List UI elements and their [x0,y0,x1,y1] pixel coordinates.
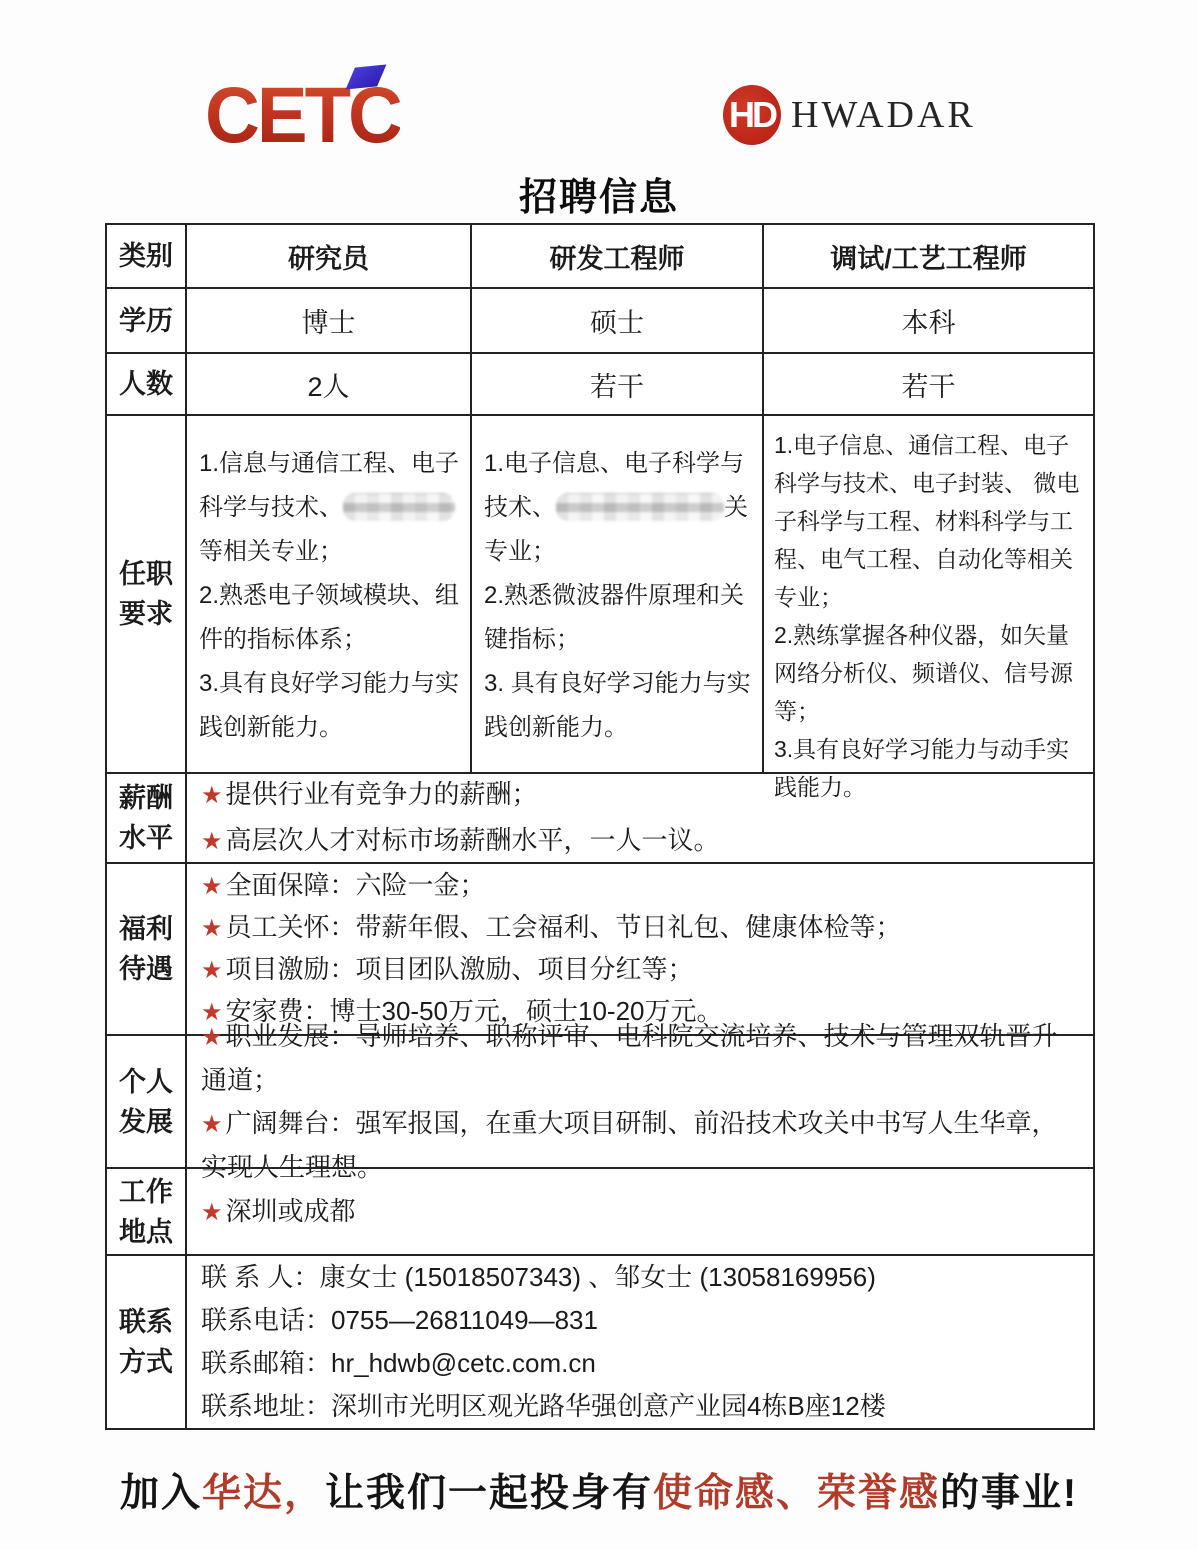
tagline-segment: 加入 [120,1472,202,1515]
table-row-benefits: 福利待遇 ★全面保障：六险一金； ★员工关怀：带薪年假、工会福利、节日礼包、健康… [107,862,1093,1034]
hwadar-logo: HD HWADAR [723,84,976,146]
requirement-item: 2.熟悉微波器件原理和关键指标； [484,574,754,662]
table-row-headcount: 人数 2人 若干 若干 [107,352,1093,414]
table-row-development: 个人发展 ★职业发展：导师培养、职称评审、电科院交流培养、技术与管理双轨晋升通道… [107,1034,1093,1167]
star-icon: ★ [201,1199,223,1226]
star-icon: ★ [201,828,223,855]
requirement-item: 2.熟悉电子领域模块、组件的指标体系； [199,574,462,662]
requirements-researcher: 1.信息与通信工程、电子科学与技术、等相关专业； 2.熟悉电子领域模块、组件的指… [187,416,472,772]
education-researcher: 博士 [187,289,472,352]
hwadar-logo-text: HWADAR [791,93,976,137]
star-icon: ★ [201,1024,223,1051]
headcount-researcher: 2人 [187,354,472,414]
requirement-item: 1.电子信息、通信工程、电子科学与技术、电子封装、 微电子科学与工程、材料科学与… [774,426,1087,616]
position-rd-engineer: 研发工程师 [472,225,764,287]
benefit-line: ★全面保障：六险一金； [201,865,1079,907]
redacted-blur-patch [343,493,455,521]
education-tuning-engineer: 本科 [764,289,1093,352]
development-content: ★职业发展：导师培养、职称评审、电科院交流培养、技术与管理双轨晋升通道； ★广阔… [187,1036,1093,1167]
star-icon: ★ [201,782,223,809]
row-label-location: 工作地点 [107,1169,187,1254]
table-row-salary: 薪酬水平 ★提供行业有竞争力的薪酬； ★高层次人才对标市场薪酬水平，一人一议。 [107,772,1093,862]
requirements-rd-engineer: 1.电子信息、电子科学与技术、关专业； 2.熟悉微波器件原理和关键指标； 3. … [472,416,764,772]
redacted-blur-patch [556,493,724,521]
tagline-segment: 的事业! [940,1472,1078,1515]
recruitment-table: 类别 研究员 研发工程师 调试/工艺工程师 学历 博士 硕士 本科 人数 2人 … [105,223,1095,1430]
headcount-tuning-engineer: 若干 [764,354,1093,414]
benefits-content: ★全面保障：六险一金； ★员工关怀：带薪年假、工会福利、节日礼包、健康体检等； … [187,864,1093,1034]
table-row-requirements: 任职要求 1.信息与通信工程、电子科学与技术、等相关专业； 2.熟悉电子领域模块… [107,414,1093,772]
table-row-contact: 联系方式 联 系 人：康女士 (15018507343) 、邹女士 (13058… [107,1254,1093,1428]
requirements-tuning-engineer: 1.电子信息、通信工程、电子科学与技术、电子封装、 微电子科学与工程、材料科学与… [764,416,1093,772]
requirement-text: 等相关专业； [199,538,343,565]
requirement-item: 1.信息与通信工程、电子科学与技术、等相关专业； [199,442,462,574]
star-icon: ★ [201,915,223,942]
benefit-line: ★项目激励：项目团队激励、项目分红等； [201,949,1079,991]
development-line: ★职业发展：导师培养、职称评审、电科院交流培养、技术与管理双轨晋升通道； [201,1015,1079,1102]
position-researcher: 研究员 [187,225,472,287]
benefit-line-text: 员工关怀：带薪年假、工会福利、节日礼包、健康体检等； [226,912,902,942]
row-label-benefits: 福利待遇 [107,864,187,1034]
benefit-line-text: 项目激励：项目团队激励、项目分红等； [226,954,694,984]
row-label-contact: 联系方式 [107,1256,187,1428]
tagline-segment-highlight: 华达， [202,1472,325,1515]
contact-person: 联 系 人：康女士 (15018507343) 、邹女士 (1305816995… [201,1256,1079,1299]
contact-address: 联系地址：深圳市光明区观光路华强创意产业园4栋B座12楼 [201,1385,1079,1428]
row-label-headcount: 人数 [107,354,187,414]
contact-phone: 联系电话：0755—26811049—831 [201,1299,1079,1342]
salary-line: ★高层次人才对标市场薪酬水平，一人一议。 [201,818,1079,864]
requirement-item: 1.电子信息、电子科学与技术、关专业； [484,442,754,574]
star-icon: ★ [201,957,223,984]
headcount-rd-engineer: 若干 [472,354,764,414]
salary-line: ★提供行业有竞争力的薪酬； [201,772,1079,818]
requirement-item: 3. 具有良好学习能力与实践创新能力。 [484,662,754,750]
row-label-requirements: 任职要求 [107,416,187,772]
contact-email: 联系邮箱：hr_hdwb@cetc.com.cn [201,1342,1079,1385]
table-row-location: 工作地点 ★深圳或成都 [107,1167,1093,1254]
tagline-segment-highlight: 使命感、荣誉感 [653,1472,940,1515]
benefit-line: ★员工关怀：带薪年假、工会福利、节日礼包、健康体检等； [201,907,1079,949]
table-row-category: 类别 研究员 研发工程师 调试/工艺工程师 [107,225,1093,287]
salary-line-text: 提供行业有竞争力的薪酬； [226,779,538,809]
row-label-category: 类别 [107,225,187,287]
tagline-segment: 让我们一起投身有 [325,1472,653,1515]
requirement-item: 3.具有良好学习能力与实践创新能力。 [199,662,462,750]
location-content: ★深圳或成都 [187,1169,1093,1254]
location-line: ★深圳或成都 [201,1190,1079,1234]
hwadar-hd-mark-icon: HD [723,85,781,145]
salary-line-text: 高层次人才对标市场薪酬水平，一人一议。 [226,825,720,855]
page-title: 招聘信息 [0,166,1198,221]
recruitment-flyer: CETC HD HWADAR 招聘信息 类别 研究员 研发工程师 调试/工艺工程… [0,0,1198,1550]
row-label-education: 学历 [107,289,187,352]
cetc-logo: CETC [205,70,455,170]
location-line-text: 深圳或成都 [226,1196,356,1226]
star-icon: ★ [201,873,223,900]
star-icon: ★ [201,1111,223,1138]
row-label-development: 个人发展 [107,1036,187,1167]
requirement-item: 2.熟练掌握各种仪器，如矢量网络分析仪、频谱仪、信号源等； [774,616,1087,730]
table-row-education: 学历 博士 硕士 本科 [107,287,1093,352]
tagline: 加入华达，让我们一起投身有使命感、荣誉感的事业! [0,1462,1198,1518]
position-tuning-engineer: 调试/工艺工程师 [764,225,1093,287]
contact-content: 联 系 人：康女士 (15018507343) 、邹女士 (1305816995… [187,1256,1093,1428]
salary-content: ★提供行业有竞争力的薪酬； ★高层次人才对标市场薪酬水平，一人一议。 [187,774,1093,862]
row-label-salary: 薪酬水平 [107,774,187,862]
development-line-text: 职业发展：导师培养、职称评审、电科院交流培养、技术与管理双轨晋升通道； [201,1021,1058,1095]
education-rd-engineer: 硕士 [472,289,764,352]
benefit-line-text: 全面保障：六险一金； [226,870,486,900]
